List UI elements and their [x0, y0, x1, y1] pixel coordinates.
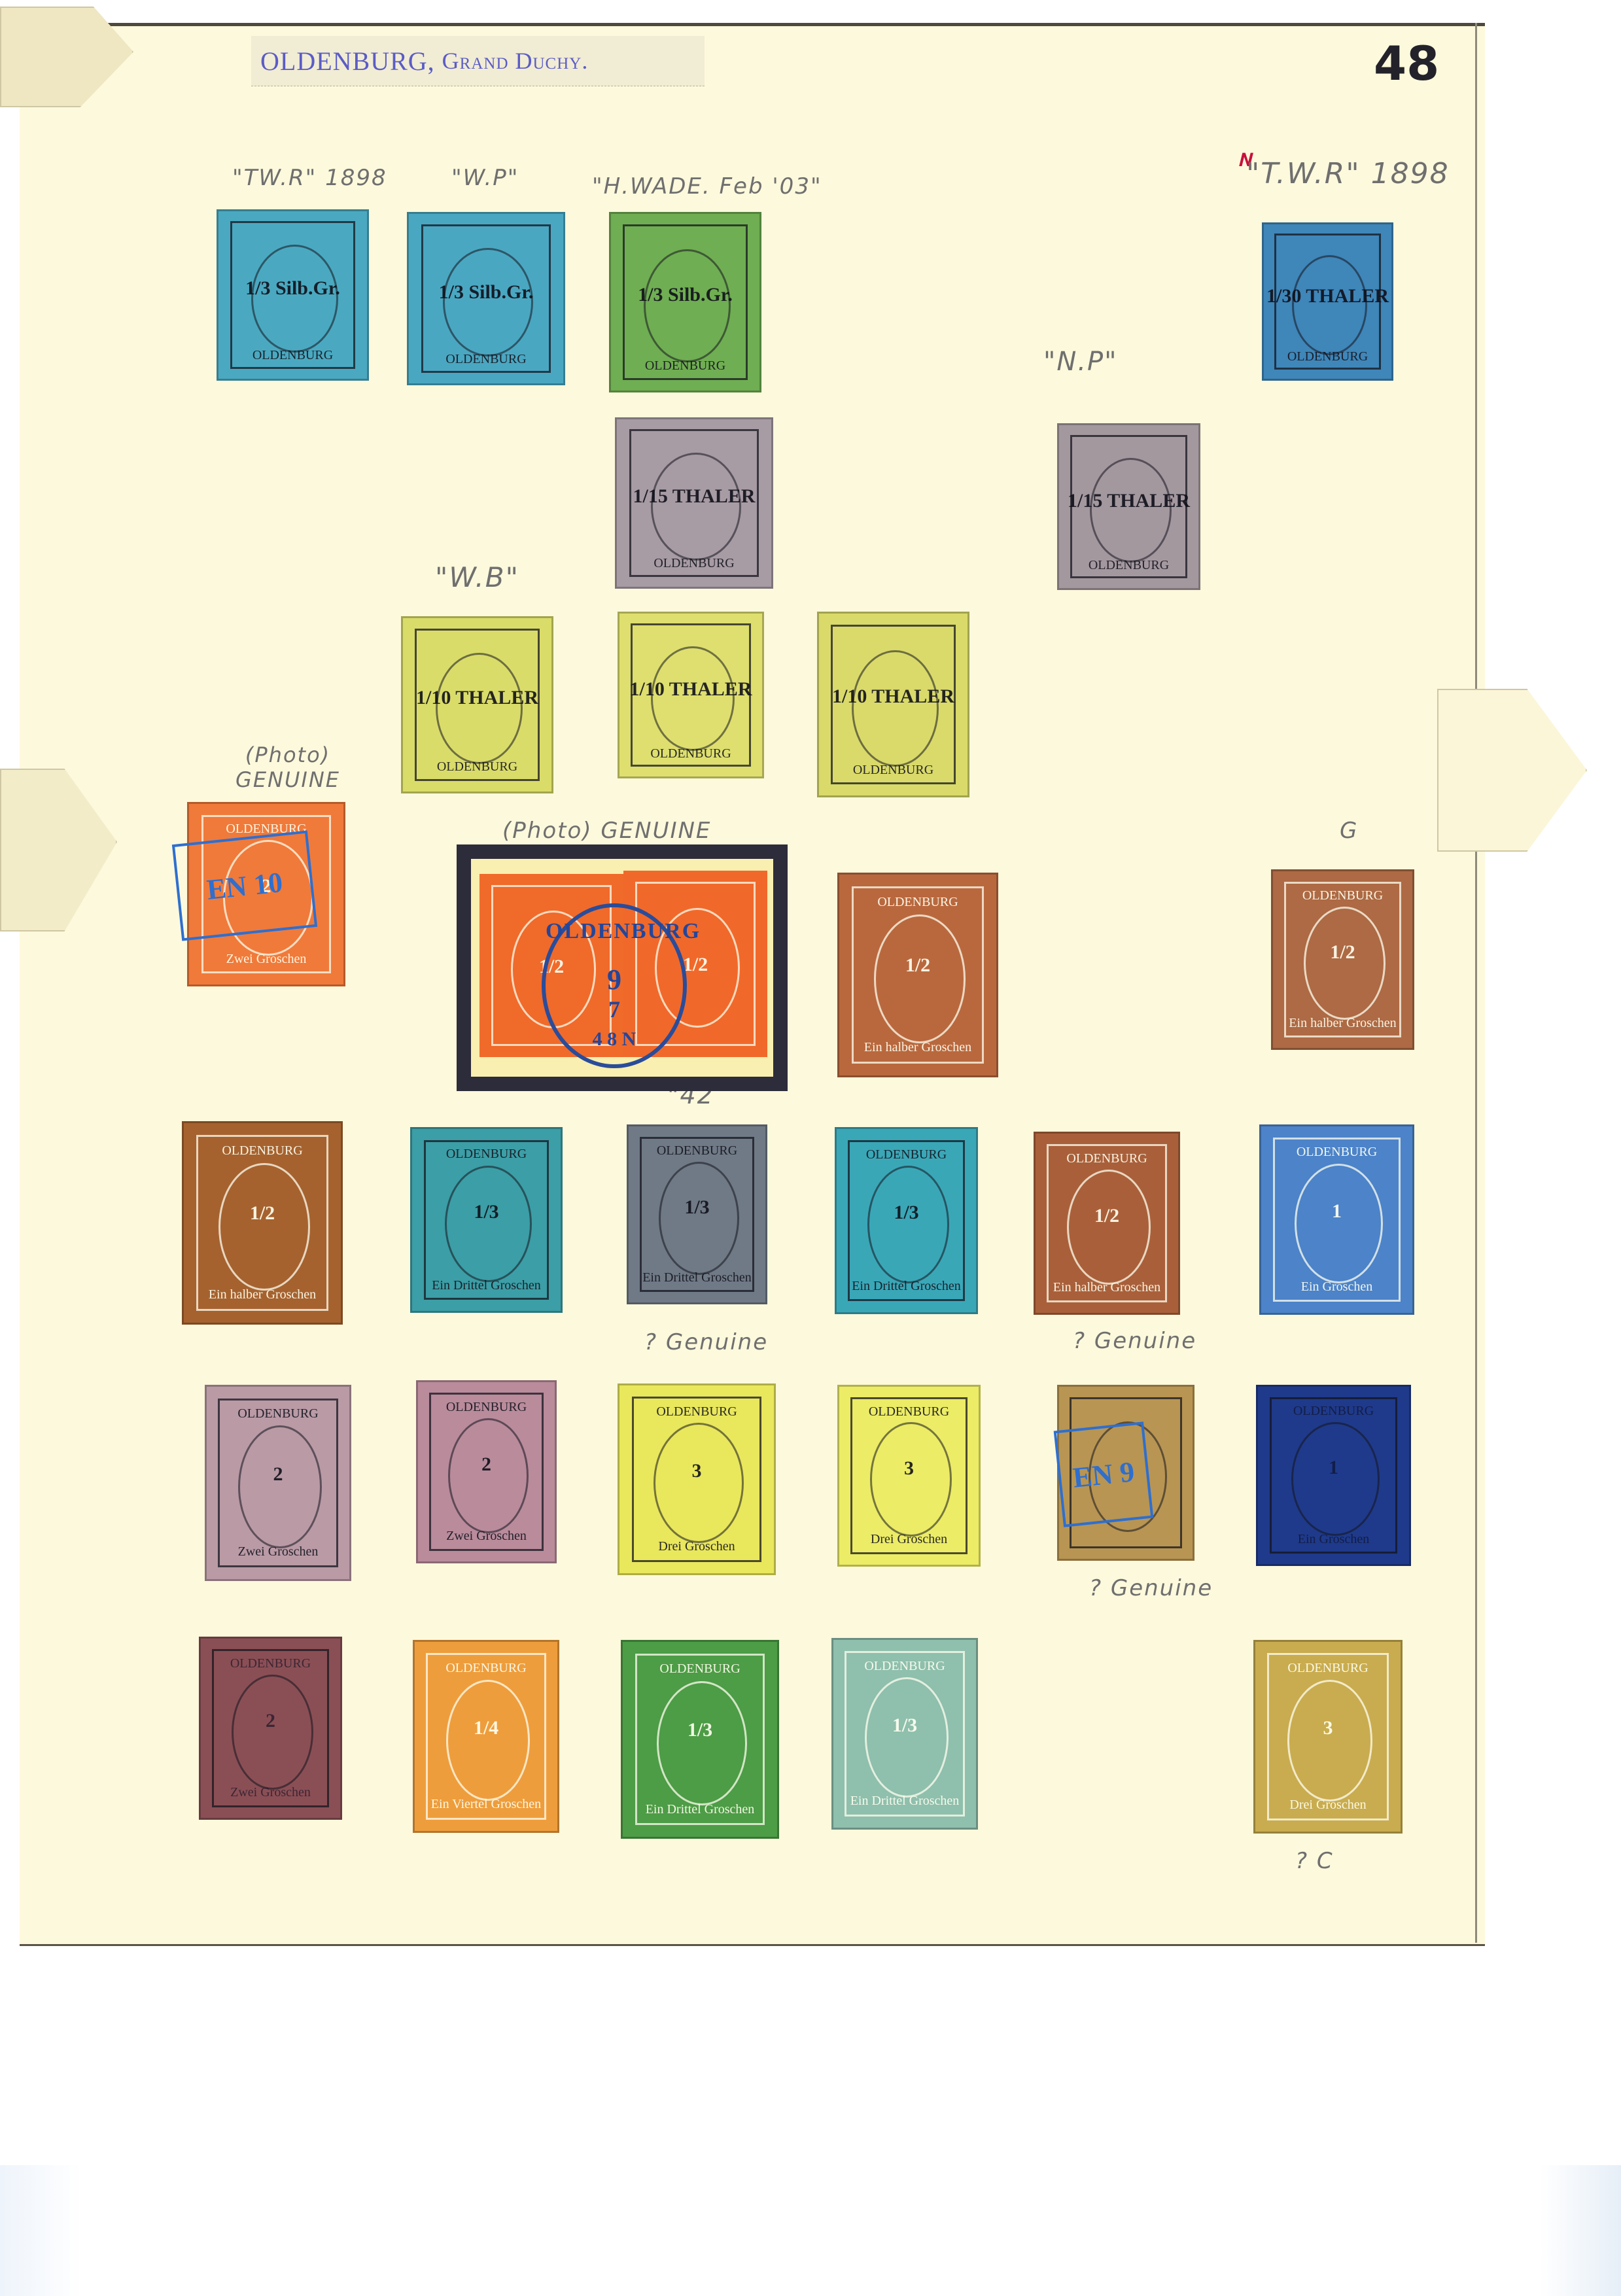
stamp[interactable]: OLDENBURG1/2Ein halber Groschen [837, 873, 998, 1077]
annotation-note: "W.B" [435, 561, 519, 593]
stamp-caption-band: Ein Drittel Groschen [638, 1798, 762, 1821]
stamp-country-band: OLDENBURG [855, 891, 981, 915]
stamp[interactable]: OLDENBURG3Drei Groschen [837, 1385, 981, 1567]
annotation-note: "TW.R" 1898 [232, 165, 387, 191]
annotation-note: G [1340, 818, 1358, 844]
stamp-caption-band: Ein Groschen [1273, 1529, 1394, 1550]
stamp-country-band [634, 627, 748, 646]
coat-of-arms-icon [436, 653, 523, 764]
stamp[interactable]: OLDENBURG2Zwei Groschen [199, 1637, 342, 1820]
coat-of-arms-icon [1067, 1170, 1151, 1285]
stamp[interactable]: OLDENBURG1/2Ein halber Groschen [182, 1121, 343, 1325]
rectangular-cancel: EN 9 [1054, 1421, 1154, 1527]
stamp-denomination: 1/3 [623, 1720, 777, 1741]
stamp-caption-band: Ein Drittel Groschen [848, 1790, 962, 1813]
circular-postmark: OLDENBURG 9 7 4 8 N [542, 903, 687, 1068]
coat-of-arms-icon [874, 914, 966, 1043]
stamp[interactable]: OLDENBURG1Ein Groschen [1259, 1124, 1414, 1315]
country-subtitle: Grand Duchy. [442, 47, 589, 75]
coat-of-arms-icon [448, 1418, 529, 1533]
stamp-denomination: 3 [839, 1458, 979, 1479]
stamp[interactable]: 1/30 THALEROLDENBURG [1262, 222, 1393, 381]
stamp[interactable]: OLDENBURG2Zwei Groschen [205, 1385, 351, 1581]
stamp-country-band [1073, 438, 1184, 458]
stamp-country-band: OLDENBURG [215, 1653, 326, 1675]
stamp-caption-band: OLDENBURG [633, 553, 756, 574]
stamp[interactable]: 1/3 Silb.Gr.OLDENBURG [609, 212, 761, 392]
coat-of-arms-icon [644, 249, 731, 362]
coat-of-arms-icon [659, 1162, 739, 1275]
stamp[interactable]: OLDENBURG3Drei Groschen [618, 1383, 776, 1575]
stamp[interactable]: OLDENBURG1Ein Groschen [1256, 1385, 1411, 1566]
stamp-caption-band: Ein Drittel Groschen [427, 1274, 546, 1296]
stamp[interactable]: OLDENBURG1/3Ein Drittel Groschen [627, 1124, 767, 1304]
stamp-caption-band [1072, 1524, 1179, 1545]
stamp-caption-band: OLDENBURG [234, 345, 353, 366]
stamp-caption-band: Zwei Groschen [215, 1782, 326, 1803]
coat-of-arms-icon [1295, 1164, 1383, 1283]
stamp-country-band: OLDENBURG [427, 1143, 546, 1165]
stamp-denomination: 2 [207, 1464, 349, 1485]
stamp-caption-band: Zwei Groschen [221, 1540, 335, 1563]
stamp-denomination: 3 [1255, 1718, 1401, 1739]
stamp-country-band: OLDENBURG [1050, 1148, 1164, 1170]
stamp[interactable]: 1/15 THALEROLDENBURG [1057, 423, 1200, 590]
stamp-denomination: 3 [619, 1461, 774, 1482]
stamp-country-band: OLDENBURG [429, 1657, 543, 1680]
stamp-denomination: 1/3 [837, 1202, 976, 1223]
coat-of-arms-icon [852, 650, 939, 767]
stamp-caption-band: Ein halber Groschen [1050, 1277, 1164, 1298]
stamp-caption-band: OLDENBURG [634, 744, 748, 763]
stamp-country-band: OLDENBURG [200, 1139, 325, 1163]
stamp-denomination: 1/3 [833, 1715, 976, 1736]
stamp-caption-band: Drei Groschen [853, 1529, 964, 1551]
stamp-country-band: OLDENBURG [1276, 1141, 1397, 1164]
stamp-country-band: OLDENBURG [635, 1400, 759, 1423]
stamp-denomination: 1/3 Silb.Gr. [409, 282, 563, 303]
scanner-background [0, 2165, 1621, 2296]
stamp-denomination: 1 [1261, 1201, 1412, 1222]
stamp-country-band: OLDENBURG [853, 1401, 964, 1423]
coat-of-arms-icon [865, 1677, 949, 1798]
stamp-denomination: 1/15 THALER [1059, 491, 1198, 512]
stamp-caption-band: Ein halber Groschen [200, 1283, 325, 1307]
coat-of-arms-icon [657, 1681, 747, 1806]
hinge-tab-right [1437, 689, 1587, 852]
stamp-country-band [418, 632, 537, 653]
page-edge [1475, 23, 1477, 1943]
stamp-denomination: 1/2 [1273, 942, 1412, 963]
annotation-note: ? Genuine [644, 1329, 768, 1355]
stamp-caption-band: OLDENBURG [1277, 348, 1379, 366]
stamp-country-band: OLDENBURG [432, 1397, 541, 1418]
stamp[interactable]: OLDENBURG1/2Ein halber Groschen [1271, 869, 1414, 1050]
page-title-label: OLDENBURG, Grand Duchy. [251, 36, 705, 86]
stamp-caption-band: OLDENBURG [1073, 555, 1184, 575]
coat-of-arms-icon [232, 1675, 313, 1790]
stamp[interactable]: 1/10 THALEROLDENBURG [401, 616, 553, 793]
stamp-denomination: 1/15 THALER [617, 486, 771, 507]
stamp-country-band [234, 224, 353, 245]
annotation-note: "W.P" [451, 165, 519, 191]
stamp-denomination: 1/4 [415, 1718, 557, 1739]
annotation-note: (Photo) GENUINE [222, 742, 353, 793]
coat-of-arms-icon [218, 1163, 310, 1291]
stamp[interactable]: 1/3 Silb.Gr.OLDENBURG [407, 212, 565, 385]
stamp-country-band [425, 228, 548, 248]
stamp[interactable]: OLDENBURG1/2Ein halber Groschen [1034, 1132, 1180, 1315]
stamp-country-band: OLDENBURG [850, 1143, 962, 1166]
stamp[interactable]: 1/15 THALEROLDENBURG [615, 417, 773, 589]
annotation-note: ? C [1295, 1848, 1334, 1874]
coat-of-arms-icon [870, 1422, 952, 1537]
coat-of-arms-icon [1287, 1680, 1372, 1801]
stamp-country-band [1277, 237, 1379, 255]
stamp-country-band [834, 628, 953, 650]
annotation-note: ? Genuine [1089, 1575, 1213, 1601]
stamp-caption-band: Ein halber Groschen [855, 1035, 981, 1060]
stamp-denomination: 1/3 Silb.Gr. [611, 285, 759, 305]
annotation-note: "N.P" [1043, 347, 1118, 377]
stamp[interactable]: 1/3 Silb.Gr.OLDENBURG [217, 209, 369, 381]
stamp-denomination: 1/3 [412, 1202, 561, 1223]
stamp-caption-band: Zwei Groschen [205, 948, 328, 970]
stamp-caption-band: OLDENBURG [418, 757, 537, 778]
stamp-denomination: 1/10 THALER [819, 686, 967, 707]
stamp-caption-band: Zwei Groschen [432, 1525, 541, 1547]
stamp-caption-band: Ein Drittel Groschen [850, 1276, 962, 1298]
stamp-denomination: 1/2 [184, 1203, 341, 1224]
coat-of-arms-icon [238, 1425, 322, 1548]
stamp[interactable]: 1/10 THALEROLDENBURG [618, 612, 764, 778]
coat-of-arms-icon [446, 1680, 530, 1801]
annotation-note: ? Genuine [1073, 1328, 1196, 1354]
stamp-denomination: 2 [418, 1454, 555, 1475]
stamp[interactable]: OLDENBURG1/3Ein Drittel Groschen [831, 1638, 978, 1830]
stamp-caption-band: OLDENBURG [834, 759, 953, 780]
coat-of-arms-icon [1291, 1422, 1380, 1536]
stamp-denomination: 1/30 THALER [1264, 286, 1391, 307]
stamp-denomination: 2 [201, 1711, 340, 1731]
rectangular-cancel: EN 10 [172, 831, 317, 941]
stamp[interactable]: OLDENBURG1/3Ein Drittel Groschen [410, 1127, 563, 1313]
stamp-caption-band: OLDENBURG [425, 349, 548, 370]
stamp-country-band: OLDENBURG [642, 1141, 752, 1162]
stamp-country-band: OLDENBURG [221, 1402, 335, 1425]
annotation-note: "H.WADE. Feb '03" [592, 173, 822, 200]
page-number: 48 [1374, 36, 1439, 91]
stamp-denomination: 1/2 [839, 955, 996, 976]
stamp-country-band: OLDENBURG [1270, 1657, 1386, 1680]
stamp-denomination: 1/10 THALER [619, 679, 762, 700]
stamp-country-band [633, 432, 756, 453]
coat-of-arms-icon [867, 1166, 949, 1283]
stamp-country-band: OLDENBURG [1287, 886, 1398, 907]
stamp-country-band: OLDENBURG [1273, 1401, 1394, 1423]
stamp[interactable]: 1/10 THALEROLDENBURG [817, 612, 969, 797]
stamp-caption-band: Ein Groschen [1276, 1276, 1397, 1298]
stamp-country-band: OLDENBURG [638, 1658, 762, 1681]
stamp-caption-band: OLDENBURG [626, 355, 745, 376]
stamp-caption-band: Drei Groschen [635, 1536, 759, 1558]
stamp-country-band [1072, 1400, 1179, 1421]
stamp[interactable]: OLDENBURG2Zwei Groschen [416, 1380, 557, 1563]
stamp-denomination: 1/2 [1036, 1206, 1178, 1226]
stamp[interactable]: OLDENBURG1/3Ein Drittel Groschen [621, 1640, 779, 1839]
stamp[interactable]: OLDENBURG1/3Ein Drittel Groschen [835, 1127, 978, 1314]
stamp-denomination: 1/10 THALER [403, 687, 551, 708]
stamp-denomination: 1/3 [629, 1197, 765, 1218]
coat-of-arms-icon [1304, 907, 1386, 1020]
country-name: OLDENBURG, [260, 46, 435, 77]
stamp[interactable]: OLDENBURG1/4Ein Viertel Groschen [413, 1640, 559, 1833]
stamp-country-band [626, 228, 745, 249]
stamp-pair-mount[interactable]: 1/2 1/2 OLDENBURG 9 7 4 8 N [457, 844, 788, 1091]
annotation-note: "T.W.R" 1898 [1246, 157, 1450, 190]
stamp-denomination: 1 [1258, 1457, 1409, 1478]
coat-of-arms-icon [654, 1423, 744, 1543]
stamp-caption-band: Ein Viertel Groschen [429, 1793, 543, 1816]
stamp[interactable]: OLDENBURG3Drei Groschen [1253, 1640, 1403, 1834]
stamp-caption-band: Ein Drittel Groschen [642, 1267, 752, 1288]
stamp-caption-band: Drei Groschen [1270, 1794, 1386, 1817]
stamp-country-band: OLDENBURG [848, 1655, 962, 1677]
stamp-caption-band: Ein halber Groschen [1287, 1013, 1398, 1034]
stamp-denomination: 1/3 Silb.Gr. [218, 278, 367, 299]
coat-of-arms-icon [445, 1166, 532, 1282]
annotation-note: (Photo) GENUINE [502, 818, 711, 844]
